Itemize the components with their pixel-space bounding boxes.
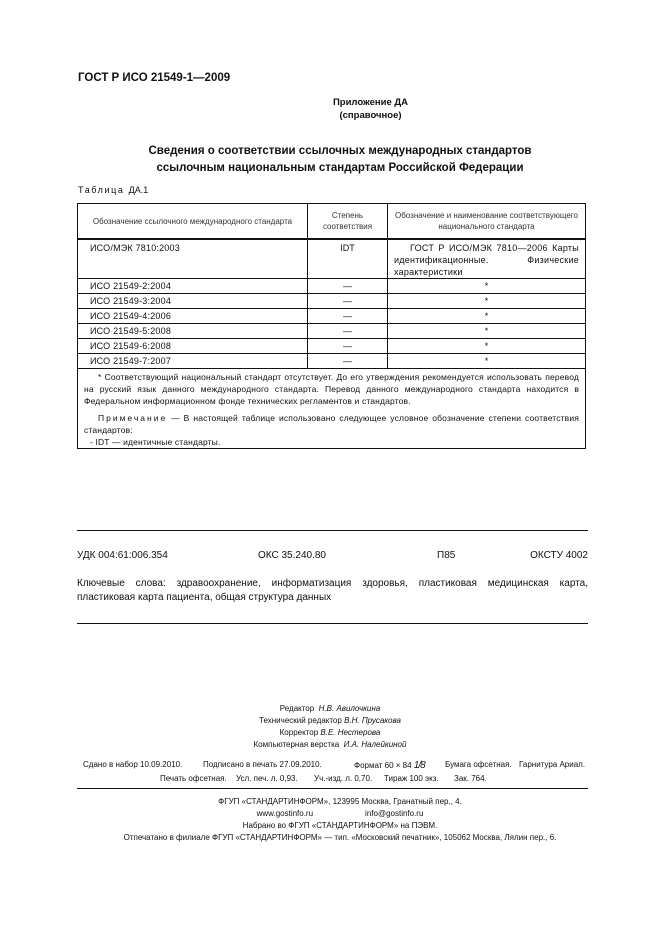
credit-name: В.Е. Нестерова	[320, 728, 380, 737]
column-header-national: Обозначение и наименование соответствующ…	[388, 204, 586, 240]
national-cell: *	[388, 294, 586, 309]
divider	[77, 623, 588, 624]
table-row: ИСО 21549-6:2008 — *	[78, 339, 586, 354]
annex-title: Приложение ДА	[0, 96, 661, 109]
correspondence-table: Обозначение ссылочного международного ст…	[77, 203, 586, 449]
note-item: - IDT — идентичные стандарты.	[84, 436, 579, 448]
reference-cell: ИСО 21549-3:2004	[78, 294, 308, 309]
credit-name: И.А. Налейкиной	[344, 740, 407, 749]
degree-cell: —	[308, 309, 388, 324]
credit-proofreader: Корректор В.Е. Нестерова	[180, 727, 480, 739]
table-row: ИСО 21549-5:2008 — *	[78, 324, 586, 339]
group-code: П85	[437, 550, 455, 561]
reference-cell: ИСО 21549-6:2008	[78, 339, 308, 354]
table-caption-number: ДА.1	[129, 185, 149, 195]
table-row: ИСО 21549-4:2006 — *	[78, 309, 586, 324]
credit-role: Редактор	[280, 704, 314, 713]
credits: Редактор Н.В. Авилочкина Технический ред…	[180, 703, 480, 751]
credit-role: Корректор	[280, 728, 319, 737]
heading-line-1: Сведения о соответствии ссылочных междун…	[60, 143, 620, 160]
print-run: Тираж 100 экз.	[384, 774, 439, 783]
okstu-code: ОКСТУ 4002	[530, 550, 588, 561]
order-number: Зак. 764.	[454, 774, 487, 783]
table-caption-label: Таблица	[78, 185, 125, 195]
column-header-reference: Обозначение ссылочного международного ст…	[78, 204, 308, 240]
column-header-degree: Степень соответствия	[308, 204, 388, 240]
submitted-date: Сдано в набор 10.09.2010.	[83, 760, 182, 769]
degree-cell: IDT	[308, 239, 388, 279]
credit-role: Технический редактор	[259, 716, 342, 725]
format-label: Формат 60 × 84	[354, 761, 412, 770]
national-cell: *	[388, 279, 586, 294]
publisher-info: ФГУП «СТАНДАРТИНФОРМ», 123995 Москва, Гр…	[60, 796, 620, 844]
degree-cell: —	[308, 279, 388, 294]
imprint-line-2: Печать офсетная. Усл. печ. л. 0,93. Уч.-…	[0, 774, 661, 786]
table-note: Примечание — В настоящей таблице использ…	[84, 412, 579, 436]
table-notes-row: * Соответствующий национальный стандарт …	[78, 369, 586, 449]
national-cell: *	[388, 309, 586, 324]
format: Формат 60 × 84 1/8	[354, 760, 425, 771]
reference-cell: ИСО 21549-4:2006	[78, 309, 308, 324]
table-caption: Таблица ДА.1	[78, 185, 148, 195]
table-row: ИСО 21549-2:2004 — *	[78, 279, 586, 294]
credit-editor: Редактор Н.В. Авилочкина	[180, 703, 480, 715]
credit-name: Н.В. Авилочкина	[319, 704, 381, 713]
typeset-info: Набрано во ФГУП «СТАНДАРТИНФОРМ» на ПЭВМ…	[60, 820, 620, 832]
table-notes-cell: * Соответствующий национальный стандарт …	[78, 369, 586, 449]
reference-cell: ИСО 21549-2:2004	[78, 279, 308, 294]
national-cell: *	[388, 354, 586, 369]
document-id: ГОСТ Р ИСО 21549-1—2009	[78, 72, 230, 84]
keywords: Ключевые слова: здравоохранение, информа…	[77, 577, 588, 605]
imprint-line-1: Сдано в набор 10.09.2010. Подписано в пе…	[83, 760, 593, 772]
national-cell: *	[388, 339, 586, 354]
paper: Бумага офсетная.	[445, 760, 512, 769]
table-header-row: Обозначение ссылочного международного ст…	[78, 204, 586, 240]
publisher-email[interactable]: info@gostinfo.ru	[365, 808, 423, 820]
credit-role: Компьютерная верстка	[254, 740, 340, 749]
section-heading: Сведения о соответствии ссылочных междун…	[60, 143, 620, 177]
annex-subtitle: (справочное)	[0, 109, 661, 122]
divider	[77, 788, 588, 789]
reference-cell: ИСО/МЭК 7810:2003	[78, 239, 308, 279]
degree-cell: —	[308, 339, 388, 354]
credit-tech-editor: Технический редактор В.Н. Прусакова	[180, 715, 480, 727]
table-row: ИСО 21549-7:2007 — *	[78, 354, 586, 369]
table-row: ИСО 21549-3:2004 — *	[78, 294, 586, 309]
credit-layout: Компьютерная верстка И.А. Налейкиной	[180, 739, 480, 751]
degree-cell: —	[308, 354, 388, 369]
signed-date: Подписано в печать 27.09.2010.	[203, 760, 322, 769]
conventional-sheets: Усл. печ. л. 0,93.	[236, 774, 298, 783]
table-row: ИСО/МЭК 7810:2003 IDT ГОСТ Р ИСО/МЭК 781…	[78, 239, 586, 279]
degree-cell: —	[308, 324, 388, 339]
publisher-contacts: www.gostinfo.ruinfo@gostinfo.ru	[60, 808, 620, 820]
publisher-website[interactable]: www.gostinfo.ru	[257, 808, 313, 820]
publisher-address: ФГУП «СТАНДАРТИНФОРМ», 123995 Москва, Гр…	[60, 796, 620, 808]
credit-name: В.Н. Прусакова	[344, 716, 401, 725]
national-cell: *	[388, 324, 586, 339]
publishing-sheets: Уч.-изд. л. 0,70.	[314, 774, 372, 783]
udk-code: УДК 004:61:006.354	[77, 550, 168, 561]
table-footnote: * Соответствующий национальный стандарт …	[84, 371, 579, 407]
oks-code: ОКС 35.240.80	[258, 550, 326, 561]
format-fraction: 1/8	[414, 760, 425, 771]
printed-info: Отпечатано в филиале ФГУП «СТАНДАРТИНФОР…	[60, 832, 620, 844]
print-type: Печать офсетная.	[160, 774, 227, 783]
reference-cell: ИСО 21549-5:2008	[78, 324, 308, 339]
reference-cell: ИСО 21549-7:2007	[78, 354, 308, 369]
divider	[77, 530, 588, 531]
degree-cell: —	[308, 294, 388, 309]
national-cell: ГОСТ Р ИСО/МЭК 7810—2006 Карты идентифик…	[388, 239, 586, 279]
typeface: Гарнитура Ариал.	[519, 760, 585, 769]
heading-line-2: ссылочным национальным стандартам Россий…	[60, 160, 620, 177]
note-label: Примечание	[98, 413, 167, 423]
